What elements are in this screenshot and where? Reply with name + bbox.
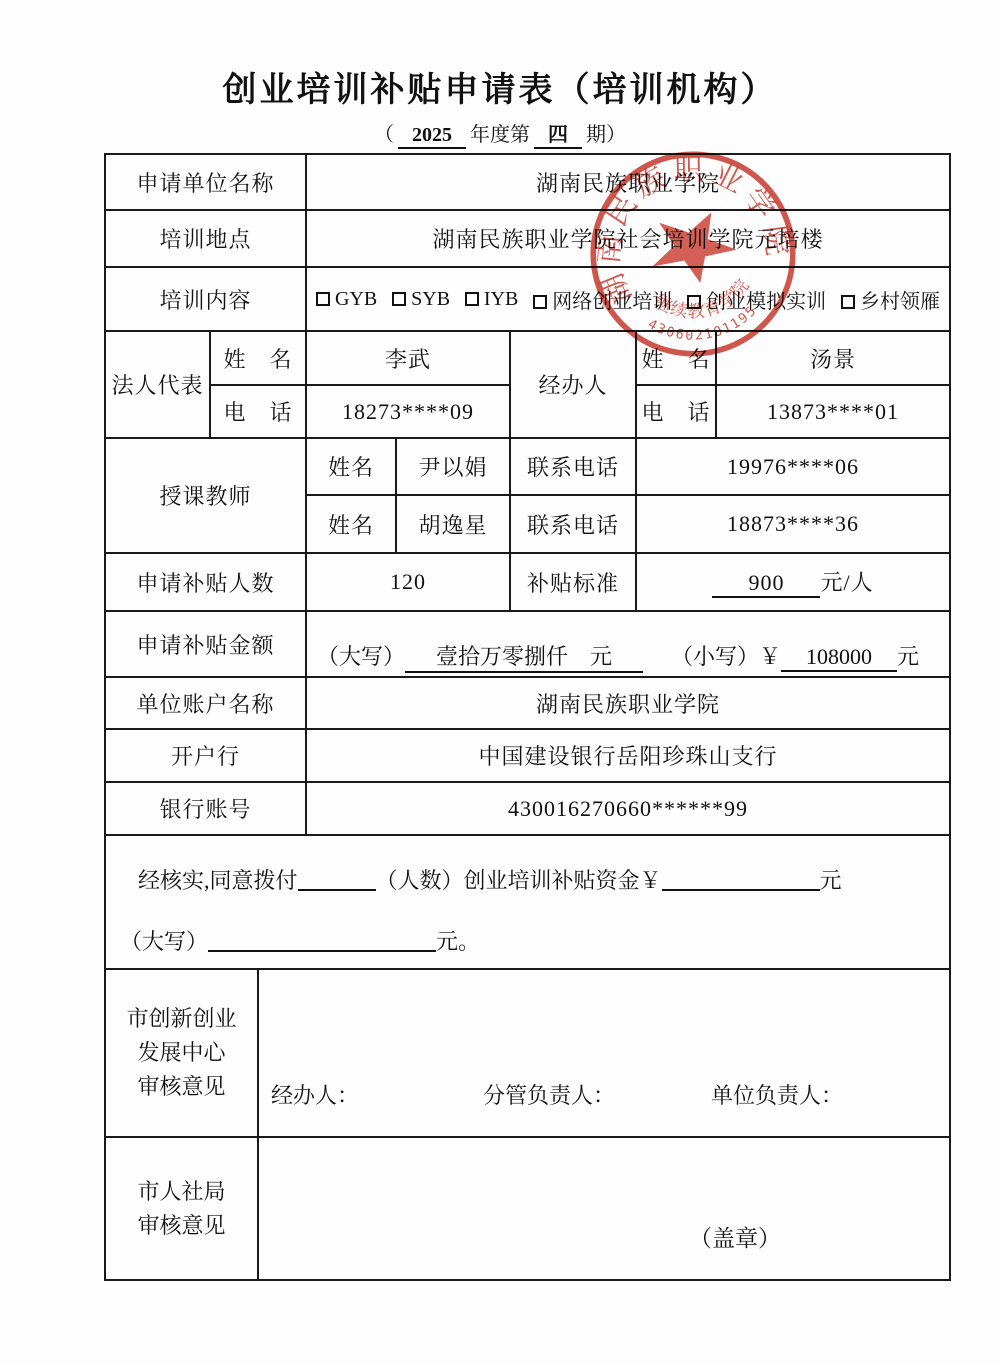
bank-value: 中国建设银行岳阳珍珠山支行 bbox=[306, 729, 950, 782]
checkbox-option-syb: SYB bbox=[392, 288, 450, 311]
legal-rep-phone: 18273****09 bbox=[306, 385, 510, 438]
page-title: 创业培训补贴申请表（培训机构） bbox=[0, 62, 1000, 111]
period-term: 四 bbox=[534, 118, 582, 149]
row-center-review: 市创新创业 发展中心 审核意见 经办人： 分管负责人： 单位负责人： bbox=[105, 969, 950, 1137]
center-review-label: 市创新创业 发展中心 审核意见 bbox=[105, 969, 258, 1137]
location-label: 培训地点 bbox=[105, 210, 306, 267]
teacher2-phone: 18873****36 bbox=[636, 495, 950, 553]
legal-rep-phone-label: 电 话 bbox=[210, 385, 306, 438]
bureau-review-label: 市人社局 审核意见 bbox=[105, 1137, 258, 1280]
standard-amount: 900 bbox=[712, 570, 820, 598]
period-year: 2025 bbox=[398, 124, 466, 149]
unit-head-signature: 单位负责人： bbox=[711, 1079, 843, 1110]
checkbox-icon bbox=[841, 295, 855, 309]
center-review-cell: 经办人： 分管负责人： 单位负责人： bbox=[258, 969, 950, 1137]
teacher1-name: 尹以娟 bbox=[396, 438, 510, 495]
amount-xiaoxie-value: 108000 bbox=[781, 644, 897, 672]
checkbox-option-rural: 乡村领雁 bbox=[841, 285, 940, 314]
account-name-label: 单位账户名称 bbox=[105, 677, 306, 729]
amount-unit: 元 bbox=[897, 644, 919, 669]
standard-value: 900元/人 bbox=[636, 553, 950, 611]
people-count-label: 申请补贴人数 bbox=[105, 553, 306, 611]
approval-count-blank bbox=[298, 869, 376, 891]
agent-phone: 13873****01 bbox=[716, 385, 950, 438]
form-document: 创业培训补贴申请表（培训机构） （2025年度第四期） 申请单位名称 湖南民族职… bbox=[0, 0, 1000, 1365]
amount-daxie-value: 壹拾万零捌仟 元 bbox=[405, 640, 643, 673]
teacher1-name-label: 姓名 bbox=[306, 438, 396, 495]
checkbox-icon bbox=[392, 292, 406, 306]
teacher1-phone: 19976****06 bbox=[636, 438, 950, 495]
checkbox-icon bbox=[465, 292, 479, 306]
row-bank: 开户行 中国建设银行岳阳珍珠山支行 bbox=[105, 729, 950, 782]
amount-label: 申请补贴金额 bbox=[105, 611, 306, 677]
seal-hint: （盖章） bbox=[689, 1220, 781, 1253]
agent-label: 经办人 bbox=[510, 331, 636, 438]
checkbox-option-iyb: IYB bbox=[465, 288, 518, 311]
approval-daxie-blank bbox=[208, 930, 436, 952]
handler-signature: 经办人： bbox=[271, 1079, 359, 1110]
approval-cell: 经核实,同意拨付（人数）创业培训补贴资金￥元 （大写）元。 bbox=[105, 835, 950, 969]
checkbox-option-simulation: 创业模拟实训 bbox=[687, 285, 826, 314]
row-people-count: 申请补贴人数 120 补贴标准 900元/人 bbox=[105, 553, 950, 611]
teacher2-phone-label: 联系电话 bbox=[510, 495, 636, 553]
account-no-value: 430016270660******99 bbox=[306, 782, 950, 835]
legal-rep-label: 法人代表 bbox=[105, 331, 210, 438]
row-legal-rep-name: 法人代表 姓 名 李武 经办人 姓 名 汤景 bbox=[105, 331, 950, 385]
account-no-label: 银行账号 bbox=[105, 782, 306, 835]
checkbox-icon bbox=[533, 295, 547, 309]
agent-name: 汤景 bbox=[716, 331, 950, 385]
row-bureau-review: 市人社局 审核意见 （盖章） bbox=[105, 1137, 950, 1280]
row-teacher-1: 授课教师 姓名 尹以娟 联系电话 19976****06 bbox=[105, 438, 950, 495]
agent-name-label: 姓 名 bbox=[636, 331, 716, 385]
legal-rep-name-label: 姓 名 bbox=[210, 331, 306, 385]
row-approval-text: 经核实,同意拨付（人数）创业培训补贴资金￥元 （大写）元。 bbox=[105, 835, 950, 969]
row-amount: 申请补贴金额 （大写）壹拾万零捌仟 元（小写）￥108000元 bbox=[105, 611, 950, 677]
row-content: 培训内容 GYB SYB IYB 网络创业培训 创业模拟实训 乡村领雁 bbox=[105, 267, 950, 331]
content-label: 培训内容 bbox=[105, 267, 306, 331]
account-name-value: 湖南民族职业学院 bbox=[306, 677, 950, 729]
period-line: （2025年度第四期） bbox=[0, 118, 1000, 149]
checkbox-option-network: 网络创业培训 bbox=[533, 285, 672, 314]
supervisor-signature: 分管负责人： bbox=[483, 1079, 615, 1110]
checkbox-icon bbox=[316, 292, 330, 306]
application-table: 申请单位名称 湖南民族职业学院 培训地点 湖南民族职业学院社会培训学院元培楼 培… bbox=[104, 153, 951, 1281]
period-open: （ bbox=[374, 124, 394, 146]
agent-phone-label: 电 话 bbox=[636, 385, 716, 438]
approval-amount-blank bbox=[662, 869, 820, 891]
bureau-review-cell: （盖章） bbox=[258, 1137, 950, 1280]
location-value: 湖南民族职业学院社会培训学院元培楼 bbox=[306, 210, 950, 267]
unit-name-label: 申请单位名称 bbox=[105, 154, 306, 210]
row-location: 培训地点 湖南民族职业学院社会培训学院元培楼 bbox=[105, 210, 950, 267]
legal-rep-name: 李武 bbox=[306, 331, 510, 385]
amount-xiaoxie-label: （小写）￥ bbox=[671, 644, 781, 669]
teachers-label: 授课教师 bbox=[105, 438, 306, 553]
teacher1-phone-label: 联系电话 bbox=[510, 438, 636, 495]
content-options: GYB SYB IYB 网络创业培训 创业模拟实训 乡村领雁 bbox=[306, 267, 950, 331]
teacher2-name: 胡逸星 bbox=[396, 495, 510, 553]
row-account-name: 单位账户名称 湖南民族职业学院 bbox=[105, 677, 950, 729]
row-unit-name: 申请单位名称 湖南民族职业学院 bbox=[105, 154, 950, 210]
row-account-no: 银行账号 430016270660******99 bbox=[105, 782, 950, 835]
period-mid: 年度第 bbox=[470, 124, 530, 146]
checkbox-option-gyb: GYB bbox=[316, 288, 377, 311]
standard-unit: 元/人 bbox=[820, 570, 873, 595]
amount-daxie-label: （大写） bbox=[317, 644, 405, 669]
people-count-value: 120 bbox=[306, 553, 510, 611]
teacher2-name-label: 姓名 bbox=[306, 495, 396, 553]
period-close: 期） bbox=[586, 124, 626, 146]
unit-name-value: 湖南民族职业学院 bbox=[306, 154, 950, 210]
amount-value: （大写）壹拾万零捌仟 元（小写）￥108000元 bbox=[306, 611, 950, 677]
standard-label: 补贴标准 bbox=[510, 553, 636, 611]
bank-label: 开户行 bbox=[105, 729, 306, 782]
checkbox-icon bbox=[687, 295, 701, 309]
